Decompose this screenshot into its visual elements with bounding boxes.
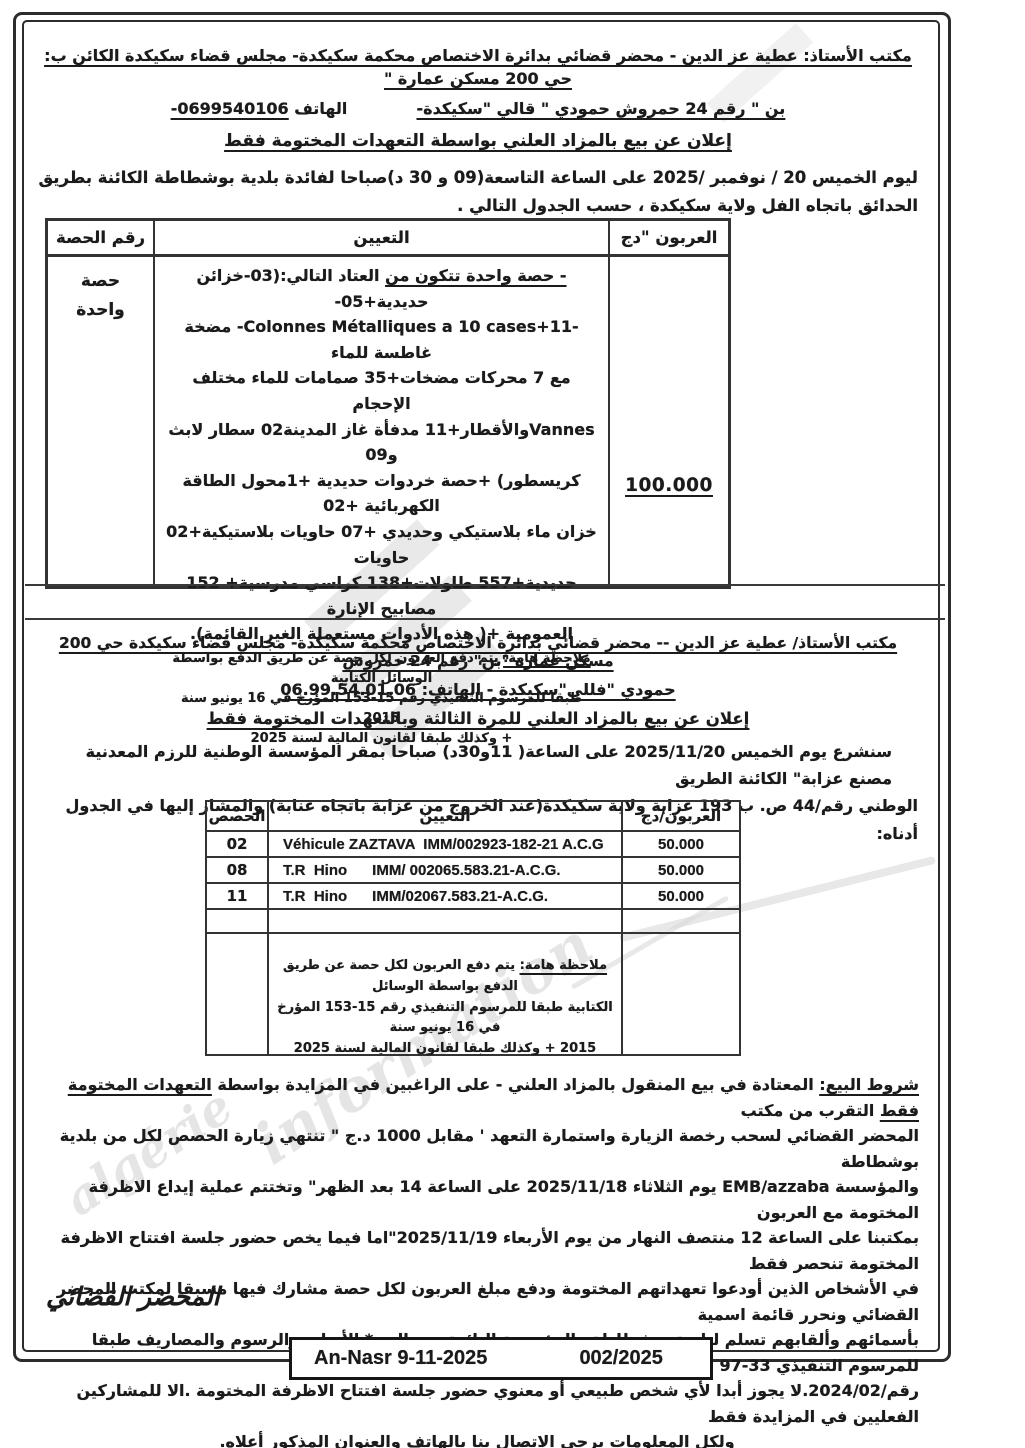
table1-designation-cell: - حصة واحدة تتكون من العتاد التالي:(03-خ… — [153, 257, 608, 586]
auction-title-2: إعلان عن بيع بالمزاد العلني للمرة الثالث… — [207, 709, 750, 728]
table2-col-deposit: العربون/دج — [621, 802, 739, 830]
conditions-line: شروط البيع: المعتادة في بيع المنقول بالم… — [35, 1072, 919, 1123]
conditions-line: والمؤسسة EMB/azzaba يوم الثلاثاء 2025/11… — [35, 1174, 919, 1225]
phone-number: 0699540106- — [171, 99, 289, 118]
empty-cell — [207, 932, 267, 1054]
empty-cell — [207, 908, 267, 932]
table1-col-deposit: العربون "دج — [608, 221, 728, 257]
lot-line: حصة — [48, 267, 153, 296]
phone-label: الهاتف — [294, 99, 347, 118]
designation-line: كريسطور) +حصة خردوات حديدية +1محول الطاق… — [163, 468, 600, 519]
office-header-line-2: حمودي "فللي"سكيكدة - الهاتف: 06.99.54.01… — [38, 680, 918, 699]
table-row-designation: Véhicule ZAZTAVA IMM/002923-182-21 A.C.G — [267, 830, 621, 856]
designation-line: حديدية+557 طاولات+138 كراسي مدرسية+ 152 … — [163, 570, 600, 621]
intro-line: سنشرع يوم الخميس 2025/11/20 على الساعة( … — [38, 738, 918, 792]
empty-cell — [621, 932, 739, 1054]
office-address: بن " رقم 24 حمروش حمودي " قالي "سكيكدة- — [417, 99, 786, 118]
table-row-designation: T.R Hino IMM/ 002065.583.21-A.C.G. — [267, 856, 621, 882]
table-row-lot: 02 — [207, 830, 267, 856]
table-row-deposit: 50.000 — [621, 882, 739, 908]
table2-note: ملاحظة هامة: يتم دفع العربون لكل حصة عن … — [267, 932, 621, 1054]
conditions-line: بمكتبنا على الساعة 12 منتصف النهار من يو… — [35, 1225, 919, 1276]
conditions-line: ولكل المعلومات يرجى الاتصال بنا بالهاتف … — [35, 1429, 919, 1448]
sale-conditions-paragraph: شروط البيع: المعتادة في بيع المنقول بالم… — [35, 1072, 919, 1448]
auction-table-2: الحصص التعيين العربون/دج 02 Véhicule ZAZ… — [205, 800, 741, 1056]
office-header-line-2: بن " رقم 24 حمروش حمودي " قالي "سكيكدة- … — [38, 99, 918, 118]
designation-line: خزان ماء بلاستيكي وحديدي +07 حاويات بلاس… — [163, 519, 600, 570]
table-row-deposit: 50.000 — [621, 830, 739, 856]
table2-col-lots: الحصص — [207, 802, 267, 830]
conditions-line: المحضر القضائي لسحب رخصة الزيارة واستمار… — [35, 1123, 919, 1174]
table2-col-designation: التعيين — [267, 802, 621, 830]
auction-table-1: رقم الحصة التعيين العربون "دج حصة واحدة … — [45, 218, 731, 589]
note-line: 2015 + وكذلك طبقا لقانون المالية لسنة 20… — [294, 1039, 596, 1060]
publication-footer-box: An-Nasr 9-11-2025 002/2025 — [289, 1337, 713, 1380]
designation-line: -11+Colonnes Métalliques a 10 cases- مضخ… — [163, 314, 600, 365]
publication-name-date: An-Nasr 9-11-2025 — [314, 1347, 487, 1370]
designation-line: Vannesوالأقطار+11 مدفأة غاز المدينة02 سط… — [163, 417, 600, 468]
table-row-lot: 08 — [207, 856, 267, 882]
auction-title-1-wrap: إعلان عن بيع بالمزاد العلني بواسطة التعه… — [38, 131, 918, 151]
lot-line: واحدة — [48, 296, 153, 325]
separator-rule — [25, 584, 945, 586]
auction-title-1: إعلان عن بيع بالمزاد العلني بواسطة التعه… — [224, 131, 732, 151]
table1-col-designation: التعيين — [153, 221, 608, 257]
auction-intro-1: ليوم الخميس 20 / نوفمبر /2025 على الساعة… — [38, 164, 918, 220]
empty-cell — [267, 908, 621, 932]
table1-deposit-cell: 100.000 — [608, 257, 728, 586]
deposit-value: 100.000 — [625, 475, 713, 496]
table1-col-lot: رقم الحصة — [48, 221, 153, 257]
table-row-lot: 11 — [207, 882, 267, 908]
note-line: ملاحظة هامة: يتم دفع العربون لكل حصة عن … — [269, 956, 621, 998]
bailiff-signature: المحضر القضائي — [46, 1282, 220, 1311]
office-header-line-1: مكتب الأستاذ/ عطية عز الدين -- محضر قضائ… — [38, 634, 918, 670]
designation-line: - حصة واحدة تتكون من العتاد التالي:(03-خ… — [163, 263, 600, 314]
empty-cell — [621, 908, 739, 932]
table-row-designation: T.R Hino IMM/02067.583.21-A.C.G. — [267, 882, 621, 908]
table-row-deposit: 50.000 — [621, 856, 739, 882]
publication-number: 002/2025 — [579, 1347, 662, 1370]
separator-rule — [25, 618, 945, 620]
note-line: الكتابية طبقا للمرسوم التنفيذي رقم 15-15… — [269, 998, 621, 1040]
conditions-line: رقم/2024/02.لا يجوز أبدا لأي شخص طبيعي أ… — [35, 1378, 919, 1429]
designation-line: مع 7 محركات مضخات+35 صمامات للماء مختلف … — [163, 365, 600, 416]
conditions-lead: شروط البيع: — [819, 1075, 919, 1094]
announcement-1-header: مكتب الأستاذ: عطية عز الدين - محضر قضائي… — [38, 44, 918, 220]
auction-title-2-wrap: إعلان عن بيع بالمزاد العلني للمرة الثالث… — [38, 709, 918, 728]
scanned-auction-notice-page: information algérie مكتب الأستاذ: عطية ع… — [0, 0, 1025, 1448]
table1-lot-cell: حصة واحدة — [48, 257, 153, 586]
office-header-line-1: مكتب الأستاذ: عطية عز الدين - محضر قضائي… — [38, 44, 918, 90]
